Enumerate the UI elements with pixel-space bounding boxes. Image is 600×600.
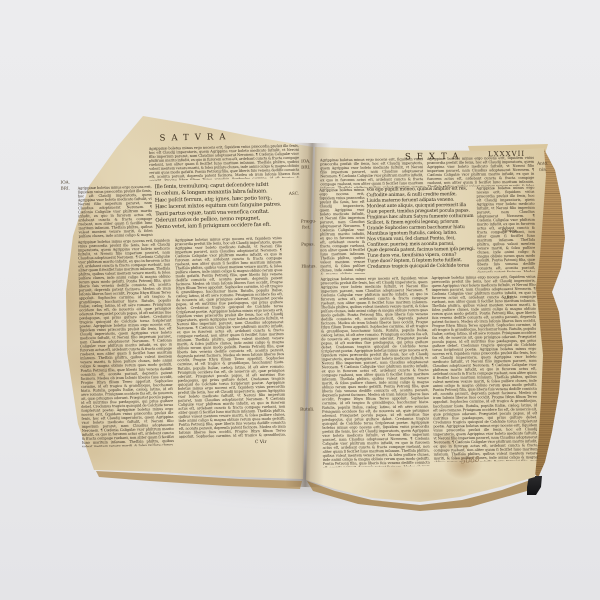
right-page-content: SEXTA LXXXVII IOA. BRI. Prægu- ſtet. Pap… [0, 0, 600, 600]
verse-text: Vos ego pupilli moneo, quibus amplior eſ… [366, 185, 475, 271]
commentary-text: Agrippinæ boletus minus ergo nocens erit… [319, 188, 365, 275]
commentary-column: Agrippinæ boletus minus ergo nocens erit… [319, 188, 365, 275]
margin-note: Anto. [537, 161, 548, 166]
margin-note: Prægu- [301, 218, 317, 223]
intro-commentary-right: Agrippinæ boletus minus ergo nocens erit… [427, 156, 534, 187]
margin-note: nia. [539, 167, 547, 172]
margin-note: Hiatus. [301, 263, 316, 268]
commentary-text: Agrippinæ boletus minus ergo nocens erit… [320, 157, 423, 188]
margin-note: ſtet. [302, 224, 311, 229]
commentary-column: Agrippinæ boletus minus ergo nocens erit… [320, 276, 429, 467]
commentary-text: Agrippinæ boletus minus ergo nocens erit… [476, 186, 535, 273]
handwritten-small-mark: m. [463, 445, 469, 451]
commentary-text: Agrippinæ boletus minus ergo nocens erit… [320, 276, 429, 467]
handwritten-mark: 5068 [460, 454, 480, 465]
photo-background: SATVRA Agrippinæ boletus minus ergo noce… [0, 0, 600, 600]
commentary-column: Agrippinæ boletus minus ergo nocens erit… [431, 275, 537, 462]
margin-note: Papas. [301, 241, 315, 246]
commentary-text: Agrippinæ boletus minus ergo nocens erit… [427, 156, 534, 187]
verse-block-right: Vos ego pupilli moneo, quibus amplior eſ… [366, 185, 475, 271]
commentary-text: Agrippinæ boletus minus ergo nocens erit… [431, 275, 537, 462]
commentary-column: Agrippinæ boletus minus ergo nocens erit… [476, 186, 535, 273]
margin-note: Rutuli. [300, 406, 314, 411]
margin-note: BRI. [301, 164, 310, 169]
margin-note: IOA. [301, 158, 311, 163]
intro-commentary-right: Agrippinæ boletus minus ergo nocens erit… [320, 157, 423, 188]
